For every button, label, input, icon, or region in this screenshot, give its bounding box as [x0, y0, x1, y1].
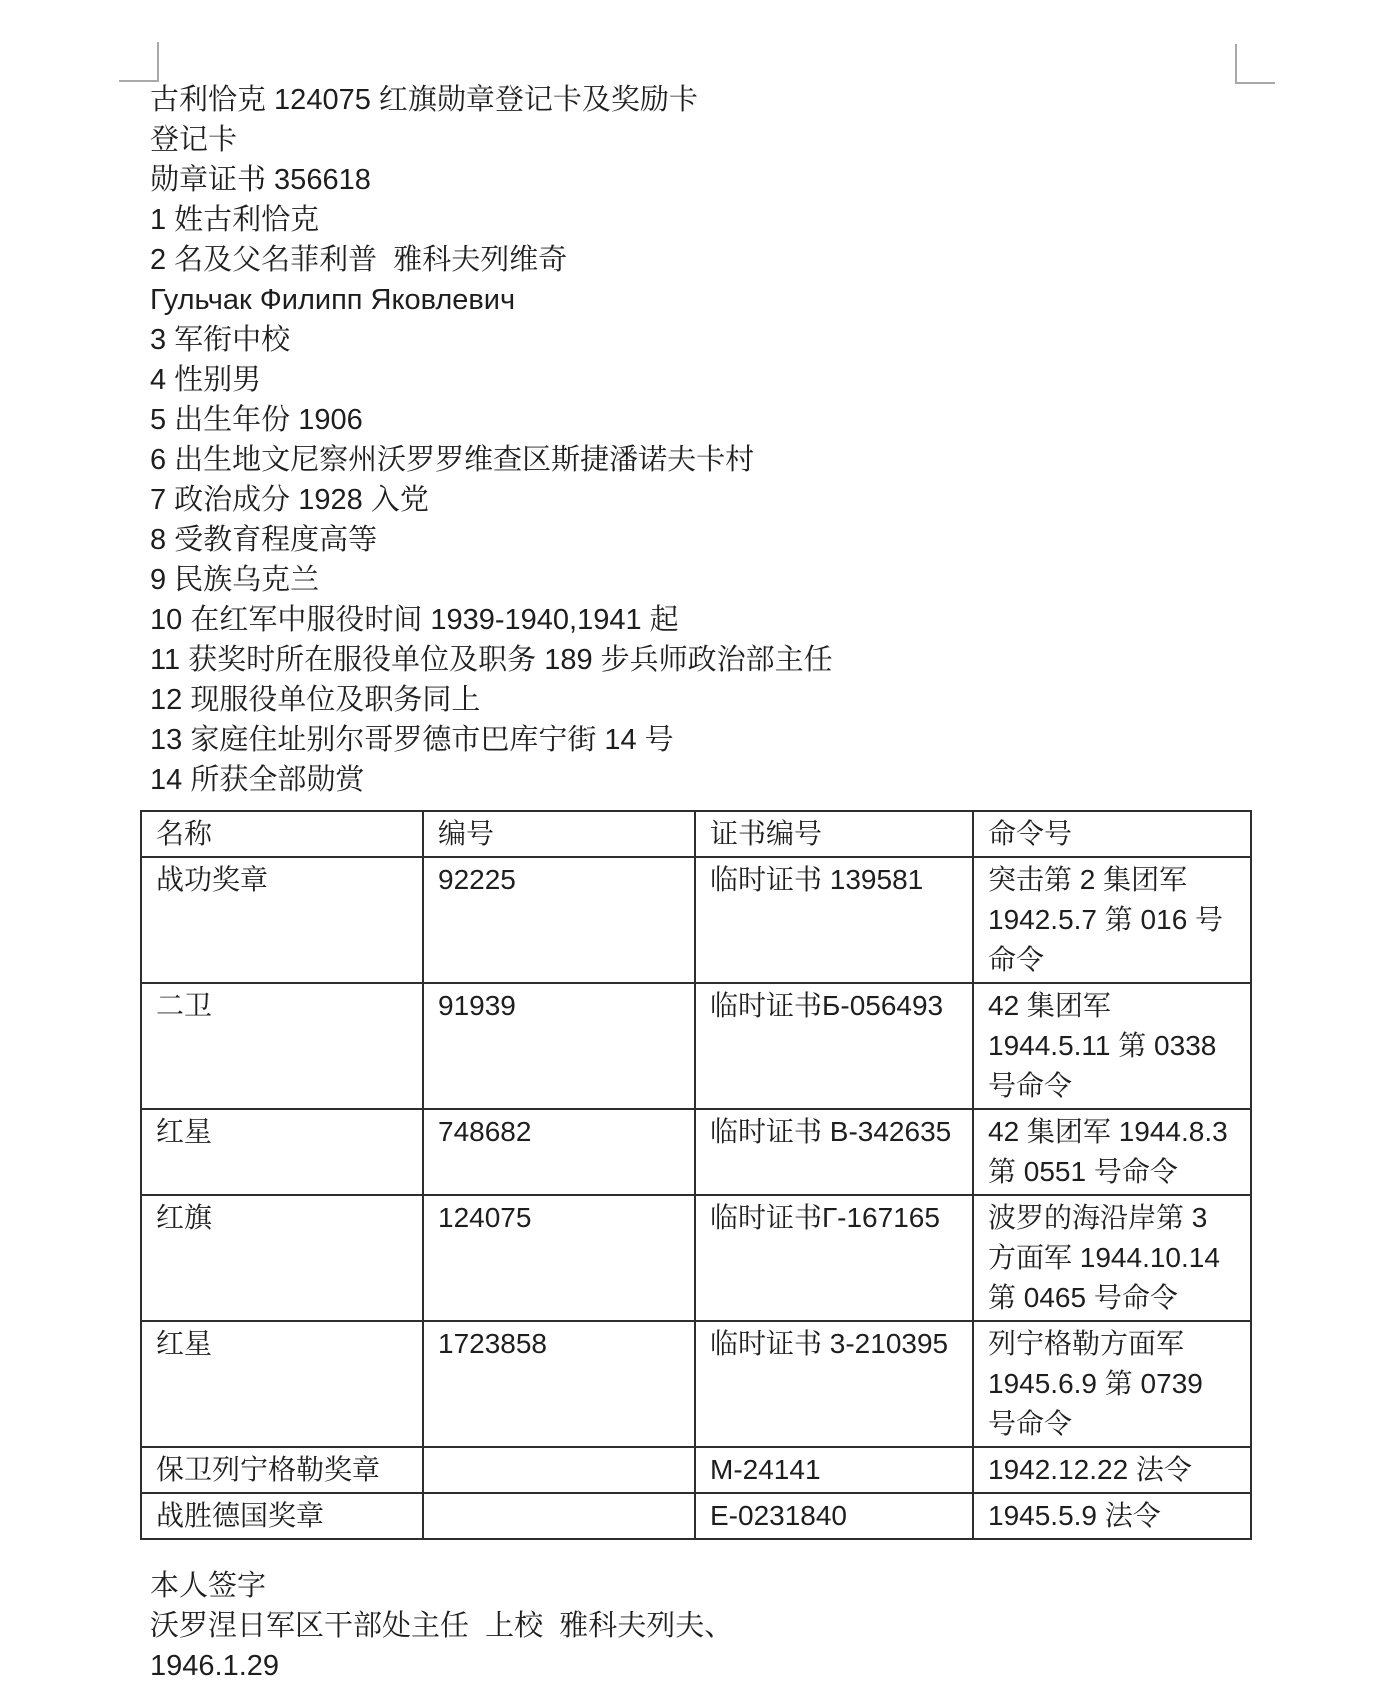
table-cell: 1945.5.9 法令: [973, 1493, 1251, 1539]
doc-line-awards-heading: 14 所获全部勋赏: [140, 760, 1250, 800]
table-cell: [423, 1493, 695, 1539]
doc-line-current-unit: 12 现服役单位及职务同上: [140, 680, 1250, 720]
doc-line-gender: 4 性别男: [140, 360, 1250, 400]
signature-label: 本人签字: [140, 1566, 1250, 1606]
table-row: 红星 748682 临时证书 B-342635 42 集团军 1944.8.3 …: [141, 1109, 1251, 1195]
table-cell: 红星: [141, 1321, 423, 1447]
doc-line-political-status: 7 政治成分 1928 入党: [140, 480, 1250, 520]
doc-line-home-address: 13 家庭住址别尔哥罗德市巴库宁街 14 号: [140, 720, 1250, 760]
table-row: 二卫 91939 临时证书Б-056493 42 集团军 1944.5.11 第…: [141, 983, 1251, 1109]
table-cell: 92225: [423, 857, 695, 983]
table-cell: 列宁格勒方面军 1945.6.9 第 0739 号命令: [973, 1321, 1251, 1447]
signature-date: 1946.1.29: [140, 1646, 1250, 1681]
table-cell: 42 集团军 1944.8.3 第 0551 号命令: [973, 1109, 1251, 1195]
table-cell: 二卫: [141, 983, 423, 1109]
table-cell: M-24141: [695, 1447, 973, 1493]
table-cell: 临时证书 139581: [695, 857, 973, 983]
table-cell: 1723858: [423, 1321, 695, 1447]
table-row: 红星 1723858 临时证书 3-210395 列宁格勒方面军 1945.6.…: [141, 1321, 1251, 1447]
table-cell: 748682: [423, 1109, 695, 1195]
table-row: 战功奖章 92225 临时证书 139581 突击第 2 集团军 1942.5.…: [141, 857, 1251, 983]
document-content: 古利恰克 124075 红旗勋章登记卡及奖励卡 登记卡 勋章证书 356618 …: [140, 80, 1250, 1681]
awards-table: 名称 编号 证书编号 命令号 战功奖章 92225 临时证书 139581 突击…: [140, 810, 1252, 1540]
table-cell: 红星: [141, 1109, 423, 1195]
doc-line-ethnicity: 9 民族乌克兰: [140, 560, 1250, 600]
doc-line-card-type: 登记卡: [140, 120, 1250, 160]
doc-title: 古利恰克 124075 红旗勋章登记卡及奖励卡: [140, 80, 1250, 120]
doc-line-certificate-no: 勋章证书 356618: [140, 160, 1250, 200]
table-cell: 战功奖章: [141, 857, 423, 983]
awards-table-header-row: 名称 编号 证书编号 命令号: [141, 811, 1251, 857]
signature-block: 本人签字 沃罗涅日军区干部处主任 上校 雅科夫列夫、 1946.1.29: [140, 1566, 1250, 1681]
doc-line-birth-place: 6 出生地文尼察州沃罗罗维查区斯捷潘诺夫卡村: [140, 440, 1250, 480]
table-row: 战胜德国奖章 E-0231840 1945.5.9 法令: [141, 1493, 1251, 1539]
doc-line-rank: 3 军衔中校: [140, 320, 1250, 360]
margin-corner-mark-right: [1235, 44, 1275, 84]
column-header-number: 编号: [423, 811, 695, 857]
table-cell: 91939: [423, 983, 695, 1109]
doc-line-surname: 1 姓古利恰克: [140, 200, 1250, 240]
table-cell: 1942.12.22 法令: [973, 1447, 1251, 1493]
table-cell: 保卫列宁格勒奖章: [141, 1447, 423, 1493]
column-header-name: 名称: [141, 811, 423, 857]
margin-corner-mark-left: [119, 42, 159, 82]
table-cell: 42 集团军 1944.5.11 第 0338 号命令: [973, 983, 1251, 1109]
table-row: 保卫列宁格勒奖章 M-24141 1942.12.22 法令: [141, 1447, 1251, 1493]
table-cell: 波罗的海沿岸第 3 方面军 1944.10.14 第 0465 号命令: [973, 1195, 1251, 1321]
signature-officer: 沃罗涅日军区干部处主任 上校 雅科夫列夫、: [140, 1606, 1250, 1646]
table-cell: 124075: [423, 1195, 695, 1321]
column-header-order-number: 命令号: [973, 811, 1251, 857]
doc-line-unit-at-award: 11 获奖时所在服役单位及职务 189 步兵师政治部主任: [140, 640, 1250, 680]
table-cell: 临时证书 3-210395: [695, 1321, 973, 1447]
table-cell: 战胜德国奖章: [141, 1493, 423, 1539]
document-page: 古利恰克 124075 红旗勋章登记卡及奖励卡 登记卡 勋章证书 356618 …: [0, 0, 1400, 1681]
column-header-certificate-number: 证书编号: [695, 811, 973, 857]
table-cell: 临时证书 B-342635: [695, 1109, 973, 1195]
table-cell: E-0231840: [695, 1493, 973, 1539]
table-cell: 突击第 2 集团军 1942.5.7 第 016 号命令: [973, 857, 1251, 983]
doc-line-given-name: 2 名及父名菲利普 雅科夫列维奇: [140, 240, 1250, 280]
table-cell: 红旗: [141, 1195, 423, 1321]
doc-line-cyrillic-name: Гульчак Филипп Яковлевич: [140, 280, 1250, 320]
table-row: 红旗 124075 临时证书Г-167165 波罗的海沿岸第 3 方面军 194…: [141, 1195, 1251, 1321]
doc-line-education: 8 受教育程度高等: [140, 520, 1250, 560]
table-cell: 临时证书Г-167165: [695, 1195, 973, 1321]
doc-line-birth-year: 5 出生年份 1906: [140, 400, 1250, 440]
doc-line-service-time: 10 在红军中服役时间 1939-1940,1941 起: [140, 600, 1250, 640]
table-cell: 临时证书Б-056493: [695, 983, 973, 1109]
table-cell: [423, 1447, 695, 1493]
